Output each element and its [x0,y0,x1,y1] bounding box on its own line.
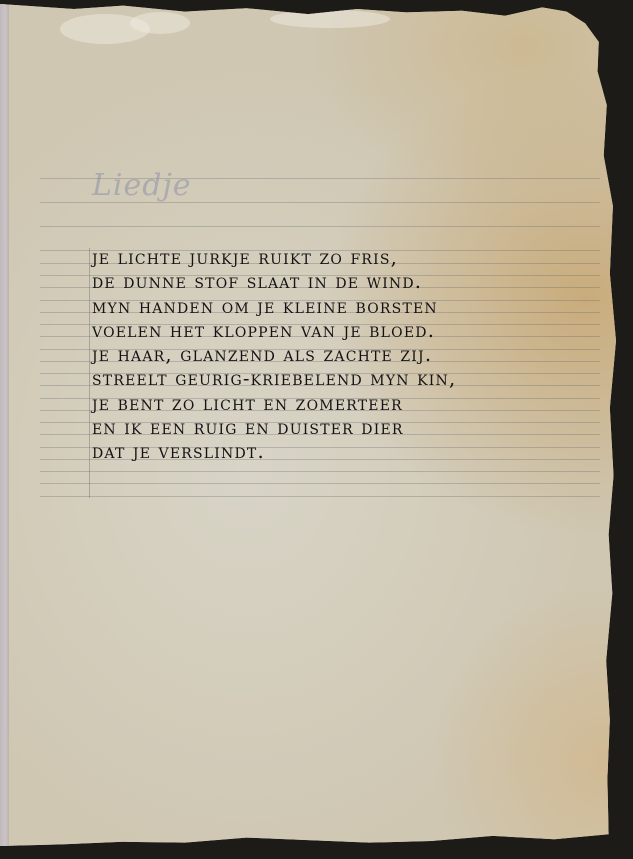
poem-line: en ik een ruig en duister dier [92,416,456,440]
poem-line: myn handen om je kleine borsten [92,295,456,319]
rule-line [40,226,600,227]
poem-line: de dunne stof slaat in de wind. [92,270,456,294]
rule-line [40,471,600,472]
rule-line [40,496,600,497]
paper-sheet: Liedje je lichte jurkje ruikt zo fris, d… [0,4,616,846]
scanned-page-scene: Liedje je lichte jurkje ruikt zo fris, d… [0,0,633,859]
poem-body: je lichte jurkje ruikt zo fris, de dunne… [92,246,456,465]
margin-line [89,248,90,498]
poem-line: je bent zo licht en zomerteer [92,392,456,416]
binding-edge [0,4,9,846]
poem-line: je lichte jurkje ruikt zo fris, [92,246,456,270]
poem-line: streelt geurig-kriebelend myn kin, [92,367,456,391]
poem-title: Liedje [92,168,192,203]
poem-line: voelen het kloppen van je bloed. [92,319,456,343]
poem-line: dat je verslindt. [92,440,456,464]
poem-line: je haar, glanzend als zachte zij. [92,343,456,367]
rule-line [40,483,600,484]
